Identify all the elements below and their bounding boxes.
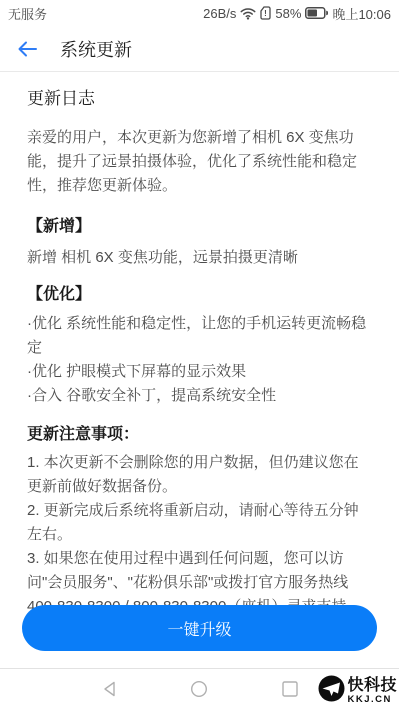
- one-click-upgrade-button[interactable]: 一键升级: [22, 605, 377, 651]
- back-arrow-icon[interactable]: [16, 40, 38, 58]
- android-nav-bar: 快科技 KKJ.CN: [0, 668, 399, 709]
- page-title: 系统更新: [60, 36, 132, 62]
- kkj-watermark: 快科技 KKJ.CN: [318, 675, 397, 707]
- note-item: 1. 本次更新不会删除您的用户数据，但仍建议您在更新前做好数据备份。: [27, 451, 372, 499]
- section-optimize-heading: 【优化】: [27, 284, 372, 305]
- list-item: ·优化 系统性能和稳定性，让您的手机运转更流畅稳定: [27, 312, 372, 360]
- status-bar-right: 26B/s ! 58%: [203, 4, 391, 23]
- watermark-text: 快科技 KKJ.CN: [347, 678, 397, 705]
- section-new-heading: 【新增】: [27, 216, 372, 237]
- note-item: 2. 更新完成后系统将重新启动，请耐心等待五分钟左右。: [27, 499, 372, 547]
- svg-text:!: !: [265, 9, 268, 18]
- section-new-item: 新增 相机 6X 变焦功能，远景拍摄更清晰: [27, 246, 372, 270]
- notes-heading: 更新注意事项：: [27, 424, 372, 445]
- notes-list: 1. 本次更新不会删除您的用户数据，但仍建议您在更新前做好数据备份。 2. 更新…: [27, 451, 372, 619]
- battery-percent-label: 58%: [275, 6, 301, 21]
- status-bar: 无服务 26B/s ! 58%: [0, 0, 399, 26]
- phone-screen: 无服务 26B/s ! 58%: [0, 0, 399, 709]
- nav-home-icon[interactable]: [189, 679, 209, 699]
- paper-plane-logo-icon: [318, 675, 345, 707]
- app-header: 系统更新: [0, 26, 399, 72]
- list-item: ·优化 护眼模式下屏幕的显示效果: [27, 360, 372, 384]
- changelog-intro: 亲爱的用户，本次更新为您新增了相机 6X 变焦功能，提升了远景拍摄体验，优化了系…: [27, 126, 372, 198]
- wifi-icon: [240, 7, 256, 20]
- watermark-name: 快科技: [347, 678, 397, 694]
- update-log-content: 更新日志 亲爱的用户，本次更新为您新增了相机 6X 变焦功能，提升了远景拍摄体验…: [0, 72, 399, 619]
- optimize-list: ·优化 系统性能和稳定性，让您的手机运转更流畅稳定 ·优化 护眼模式下屏幕的显示…: [27, 312, 372, 408]
- battery-icon: [305, 7, 328, 19]
- watermark-domain: KKJ.CN: [347, 695, 397, 705]
- nav-back-icon[interactable]: [100, 679, 120, 699]
- nav-recents-icon[interactable]: [280, 679, 300, 699]
- changelog-title: 更新日志: [27, 88, 372, 110]
- list-item: ·合入 谷歌安全补丁，提高系统安全性: [27, 384, 372, 408]
- carrier-label: 无服务: [8, 4, 47, 23]
- network-speed-label: 26B/s: [203, 6, 236, 21]
- clock-label: 晚上10:06: [332, 4, 391, 23]
- sim-alert-icon: !: [260, 6, 271, 20]
